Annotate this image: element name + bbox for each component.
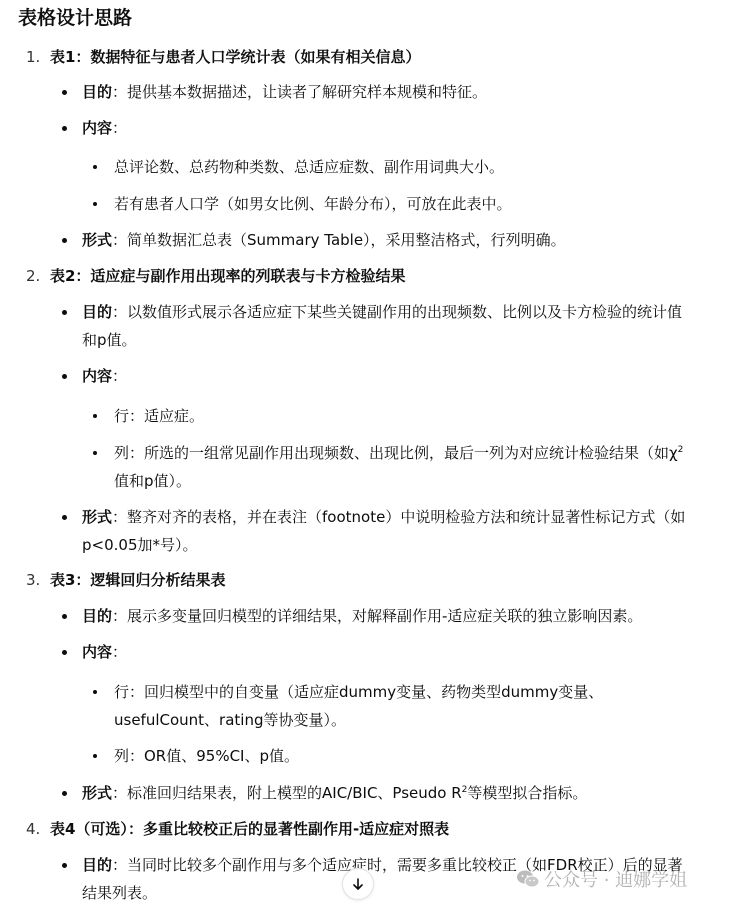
content-line: 内容： xyxy=(82,114,127,142)
purpose-line: 目的：提供基本数据描述，让读者了解研究样本规模和特征。 xyxy=(82,78,487,106)
form-label: 形式 xyxy=(82,231,112,249)
superscript: 2 xyxy=(678,445,684,455)
bullet-icon xyxy=(93,165,97,169)
content-subitem: 列：所选的一组常见副作用出现频数、出现比例，最后一列为对应统计检验结果（如χ2 xyxy=(114,439,683,467)
bullet-icon xyxy=(62,791,67,796)
bullet-icon xyxy=(93,414,97,418)
content-label: 内容 xyxy=(82,367,112,385)
purpose-label: 目的 xyxy=(82,607,112,625)
content-label: 内容 xyxy=(82,119,112,137)
content-subitem: 若有患者人口学（如男女比例、年龄分布），可放在此表中。 xyxy=(114,190,512,218)
purpose-text: ：以数值形式展示各适应症下某些关键副作用的出现频数、比例以及卡方检验的统计值 xyxy=(112,303,682,321)
form-text: ：标准回归结果表，附上模型的AIC/BIC、Pseudo R xyxy=(112,784,462,802)
item-number: 1. xyxy=(26,43,40,71)
content-colon: ： xyxy=(112,643,127,661)
purpose-text: ：展示多变量回归模型的详细结果，对解释副作用-适应症关联的独立影响因素。 xyxy=(112,607,642,625)
item-heading: 表4（可选）：多重比较校正后的显著性副作用-适应症对照表 xyxy=(50,815,449,843)
form-text-cont: p<0.05加*号）。 xyxy=(82,531,198,559)
purpose-label: 目的 xyxy=(82,83,112,101)
content-subitem: 行：适应症。 xyxy=(114,402,204,430)
form-line: 形式：整齐对齐的表格，并在表注（footnote）中说明检验方法和统计显著性标记… xyxy=(82,503,685,531)
form-text: ：整齐对齐的表格，并在表注（footnote）中说明检验方法和统计显著性标记方式… xyxy=(112,508,685,526)
item-number: 4. xyxy=(26,815,40,843)
content-line: 内容： xyxy=(82,638,127,666)
bullet-icon xyxy=(62,90,67,95)
purpose-text: ：提供基本数据描述，让读者了解研究样本规模和特征。 xyxy=(112,83,487,101)
form-label: 形式 xyxy=(82,508,112,526)
content-subitem: 列：OR值、95%CI、p值。 xyxy=(114,742,299,770)
form-text: ：简单数据汇总表（Summary Table），采用整洁格式，行列明确。 xyxy=(112,231,566,249)
item-heading: 表1：数据特征与患者人口学统计表（如果有相关信息） xyxy=(50,43,420,71)
form-line: 形式：简单数据汇总表（Summary Table），采用整洁格式，行列明确。 xyxy=(82,226,566,254)
content-line: 内容： xyxy=(82,362,127,390)
purpose-text-cont: 和p值。 xyxy=(82,326,137,354)
purpose-label: 目的 xyxy=(82,303,112,321)
bullet-icon xyxy=(93,451,97,455)
bullet-icon xyxy=(62,310,67,315)
purpose-label: 目的 xyxy=(82,856,112,874)
watermark: 公众号 · 迪娜学姐 xyxy=(516,866,687,892)
bullet-icon xyxy=(93,202,97,206)
bullet-icon xyxy=(62,374,67,379)
item-number: 2. xyxy=(26,262,40,290)
item-heading: 表2：适应症与副作用出现率的列联表与卡方检验结果 xyxy=(50,262,405,290)
purpose-line: 目的：展示多变量回归模型的详细结果，对解释副作用-适应症关联的独立影响因素。 xyxy=(82,602,642,630)
content-subitem: 总评论数、总药物种类数、总适应症数、副作用词典大小。 xyxy=(114,153,504,181)
content-colon: ： xyxy=(112,119,127,137)
form-line: 形式：标准回归结果表，附上模型的AIC/BIC、Pseudo R2等模型拟合指标… xyxy=(82,779,587,807)
wechat-icon xyxy=(516,869,540,889)
bullet-icon xyxy=(62,863,67,868)
form-label: 形式 xyxy=(82,784,112,802)
purpose-text-cont: 结果列表。 xyxy=(82,879,157,907)
scroll-down-button[interactable] xyxy=(342,868,374,900)
bullet-icon xyxy=(62,126,67,131)
bullet-icon xyxy=(62,238,67,243)
bullet-icon xyxy=(93,754,97,758)
content-label: 内容 xyxy=(82,643,112,661)
item-number: 3. xyxy=(26,566,40,594)
purpose-line: 目的：以数值形式展示各适应症下某些关键副作用的出现频数、比例以及卡方检验的统计值 xyxy=(82,298,682,326)
content-subitem: 行：回归模型中的自变量（适应症dummy变量、药物类型dummy变量、 xyxy=(114,678,603,706)
content-subitem-text: 列：所选的一组常见副作用出现频数、出现比例，最后一列为对应统计检验结果（如χ xyxy=(114,444,678,462)
arrow-down-icon xyxy=(351,877,365,891)
bullet-icon xyxy=(62,614,67,619)
content-subitem-cont: 值和p值）。 xyxy=(114,467,191,495)
bullet-icon xyxy=(62,515,67,520)
item-heading: 表3：逻辑回归分析结果表 xyxy=(50,566,225,594)
section-title: 表格设计思路 xyxy=(18,4,132,32)
content-colon: ： xyxy=(112,367,127,385)
bullet-icon xyxy=(62,650,67,655)
bullet-icon xyxy=(93,690,97,694)
form-text-post: 等模型拟合指标。 xyxy=(467,784,587,802)
content-subitem-cont: usefulCount、rating等协变量）。 xyxy=(114,706,346,734)
watermark-text: 公众号 · 迪娜学姐 xyxy=(544,866,687,892)
